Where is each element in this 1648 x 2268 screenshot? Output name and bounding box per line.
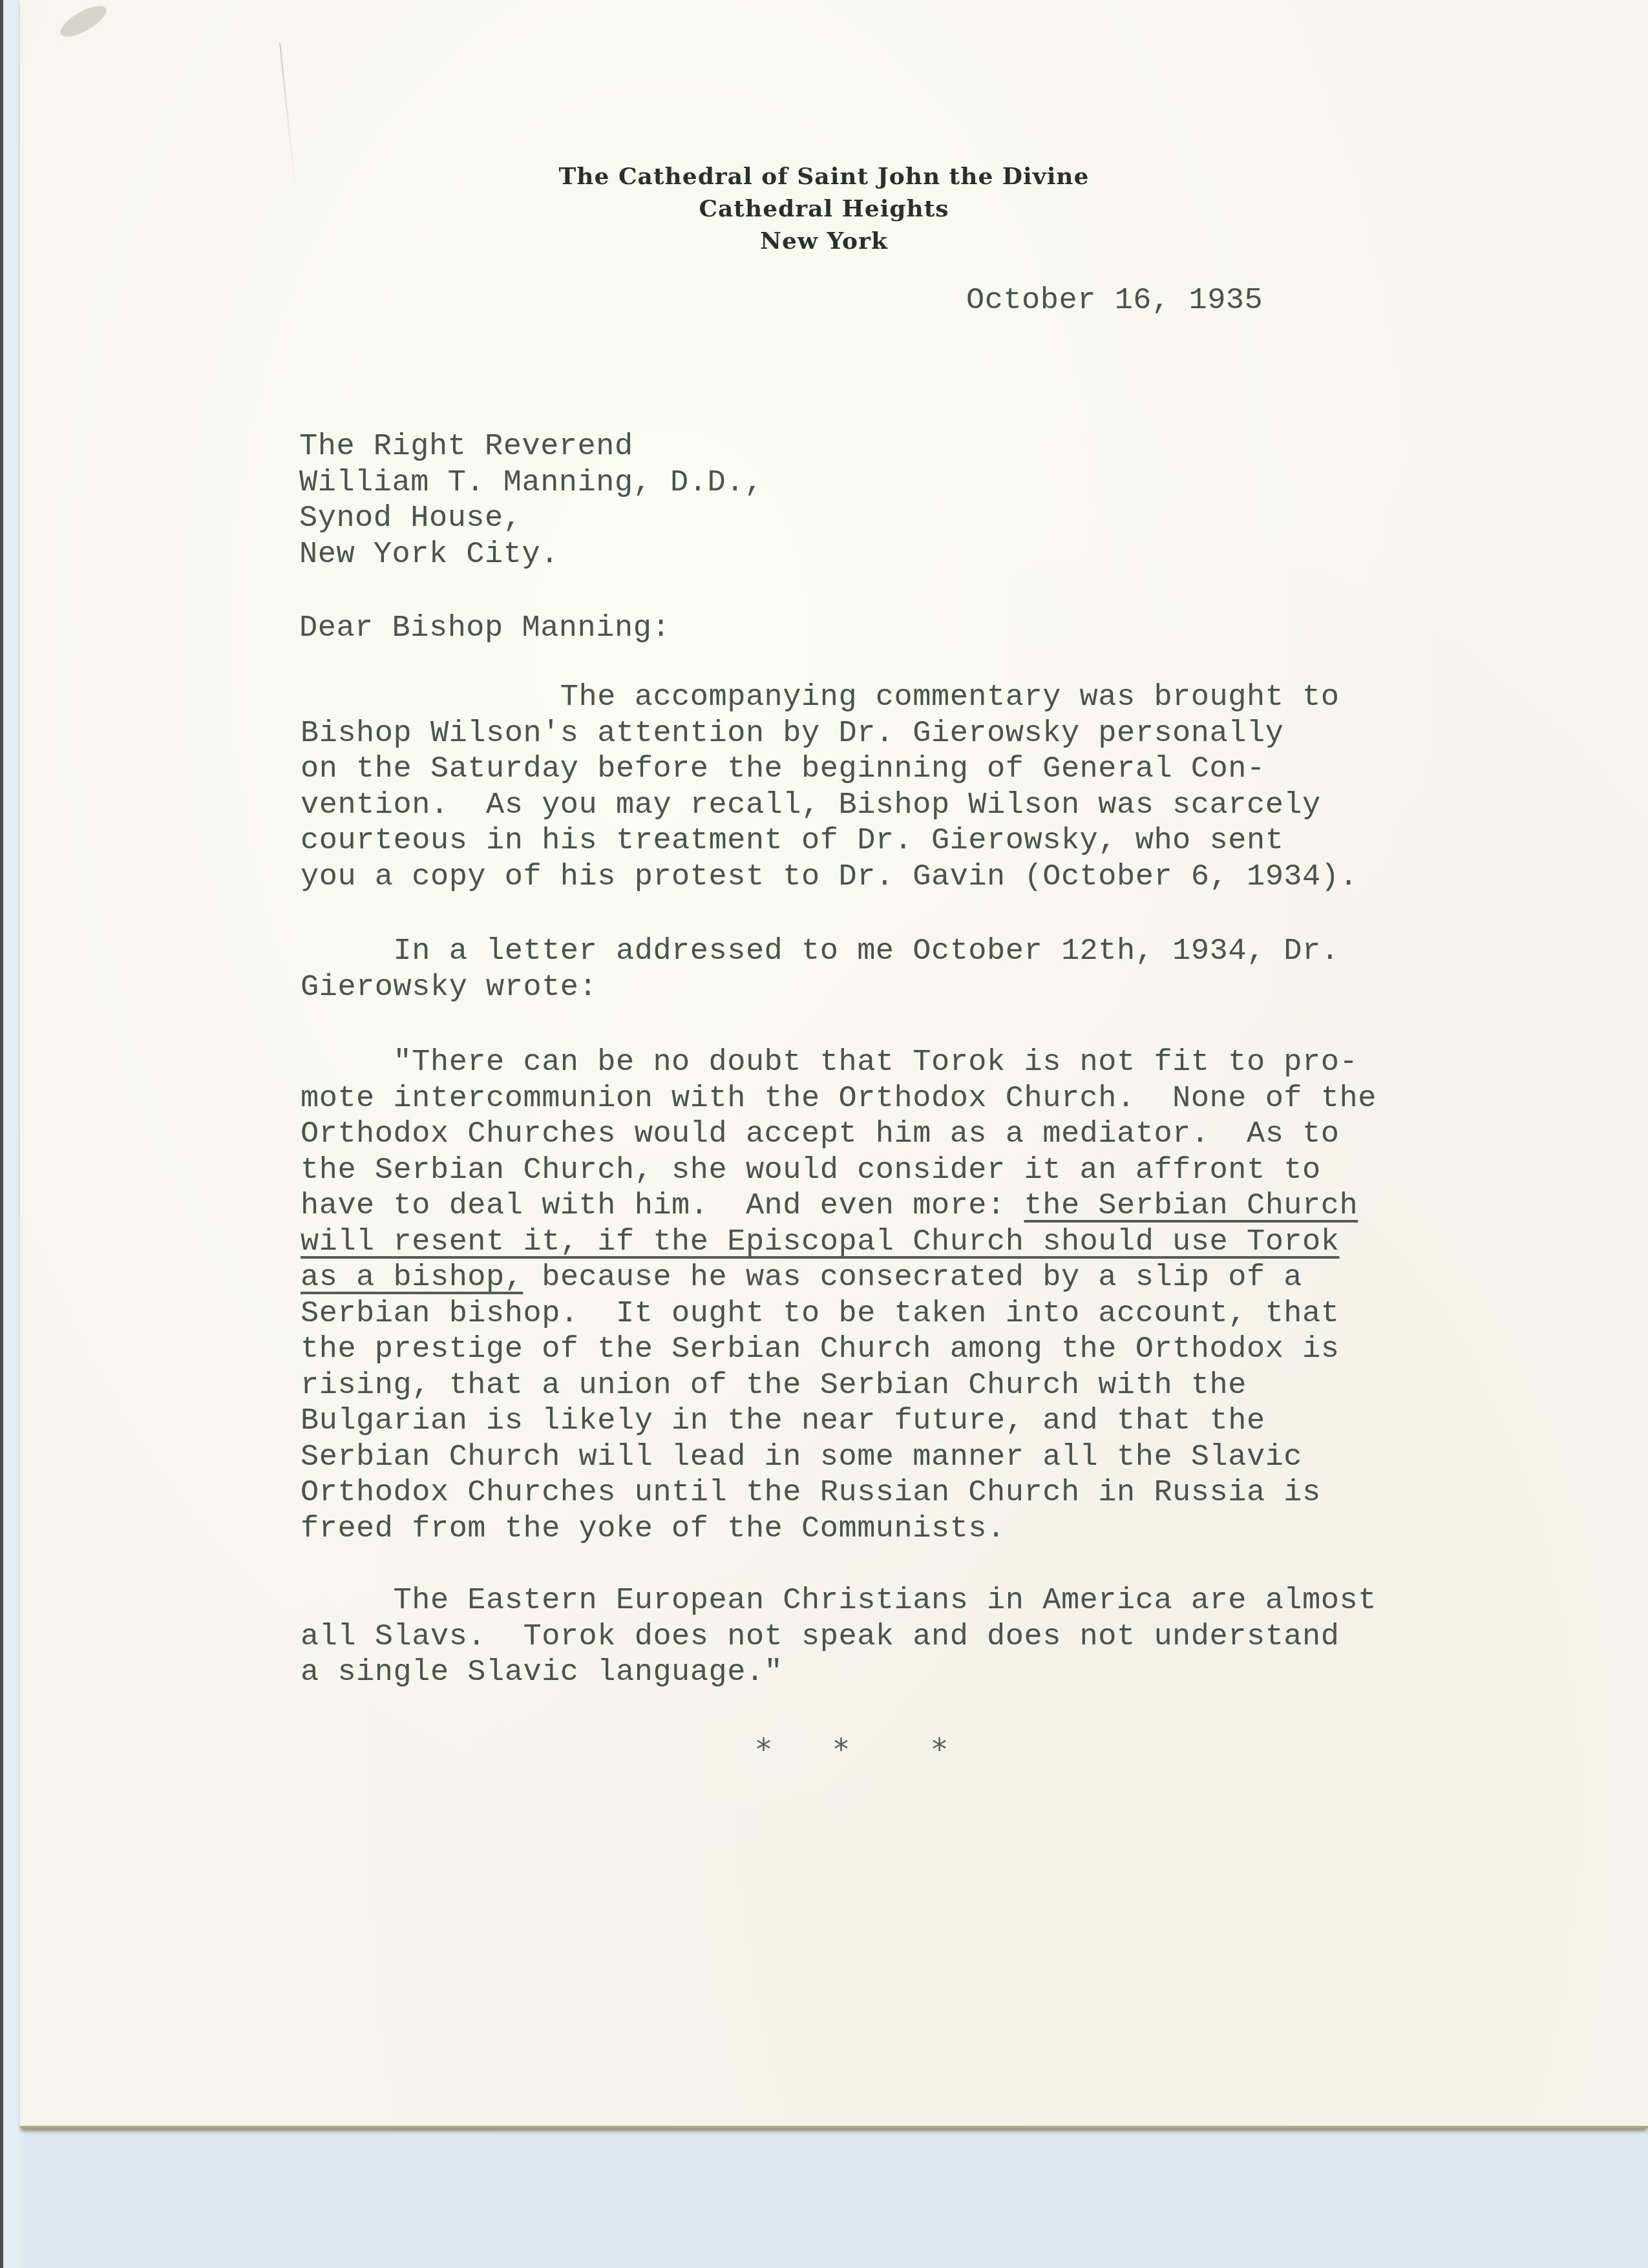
text-line: Bulgarian is likely in the near future, … — [301, 1403, 1377, 1440]
letter-date: October 16, 1935 — [966, 283, 1263, 319]
letterhead-city: New York — [0, 225, 1648, 257]
underlined-text: as a bishop, — [301, 1261, 523, 1295]
paragraph-letter-intro: In a letter addressed to me October 12th… — [301, 934, 1339, 1005]
text-line: mote intercommunion with the Orthodox Ch… — [301, 1081, 1377, 1117]
text-line: rising, that a union of the Serbian Chur… — [301, 1368, 1377, 1404]
text-line: Serbian bishop. It ought to be taken int… — [301, 1296, 1377, 1332]
text-line: have to deal with him. And even more: th… — [301, 1188, 1377, 1224]
text-line: the prestige of the Serbian Church among… — [301, 1332, 1377, 1368]
letterhead-locality: Cathedral Heights — [0, 193, 1648, 225]
asterisk-icon: * — [756, 1732, 771, 1767]
text-line: Gierowsky wrote: — [301, 970, 1339, 1006]
text-line: a single Slavic language." — [301, 1655, 1377, 1691]
address-line: Synod House, — [299, 501, 763, 537]
section-separator: * * * — [0, 1732, 1648, 1770]
text-line: The accompanying commentary was brought … — [301, 680, 1358, 716]
text-line: Orthodox Churches would accept him as a … — [301, 1117, 1377, 1153]
paper-smudge — [56, 0, 111, 43]
text-line: The Eastern European Christians in Ameri… — [301, 1583, 1377, 1619]
underlined-text: the Serbian Church — [1024, 1189, 1358, 1223]
underlined-text: will resent it, if the Episcopal Church … — [301, 1225, 1339, 1259]
text-line: Serbian Church will lead in some manner … — [301, 1440, 1377, 1476]
letterhead: The Cathedral of Saint John the Divine C… — [0, 160, 1648, 257]
text-plain: have to deal with him. And even more: — [301, 1189, 1024, 1223]
text-line: vention. As you may recall, Bishop Wilso… — [301, 788, 1358, 824]
text-line: on the Saturday before the beginning of … — [301, 751, 1358, 788]
text-line: will resent it, if the Episcopal Church … — [301, 1224, 1377, 1261]
address-line: New York City. — [299, 537, 763, 573]
scanner-strip — [3, 0, 20, 2268]
quoted-passage: "There can be no doubt that Torok is not… — [301, 1045, 1377, 1547]
recipient-address: The Right ReverendWilliam T. Manning, D.… — [299, 429, 763, 572]
letterhead-institution: The Cathedral of Saint John the Divine — [0, 160, 1648, 193]
asterisk-icon: * — [932, 1732, 947, 1767]
paragraph-commentary: The accompanying commentary was brought … — [301, 680, 1358, 895]
text-line: In a letter addressed to me October 12th… — [301, 934, 1339, 970]
text-line: Bishop Wilson's attention by Dr. Gierows… — [301, 716, 1358, 752]
address-line: William T. Manning, D.D., — [299, 465, 763, 501]
text-line: you a copy of his protest to Dr. Gavin (… — [301, 859, 1358, 896]
text-line: the Serbian Church, she would consider i… — [301, 1153, 1377, 1189]
text-line: freed from the yoke of the Communists. — [301, 1511, 1377, 1548]
text-line: as a bishop, because he was consecrated … — [301, 1260, 1377, 1296]
salutation: Dear Bishop Manning: — [299, 611, 670, 647]
address-line: The Right Reverend — [299, 429, 763, 465]
text-line: Orthodox Churches until the Russian Chur… — [301, 1475, 1377, 1511]
asterisk-icon: * — [834, 1732, 849, 1767]
paragraph-slavs: The Eastern European Christians in Ameri… — [301, 1583, 1377, 1691]
text-line: courteous in his treatment of Dr. Gierow… — [301, 823, 1358, 859]
text-plain: because he was consecrated by a slip of … — [523, 1261, 1302, 1295]
text-line: "There can be no doubt that Torok is not… — [301, 1045, 1377, 1081]
text-line: all Slavs. Torok does not speak and does… — [301, 1619, 1377, 1655]
